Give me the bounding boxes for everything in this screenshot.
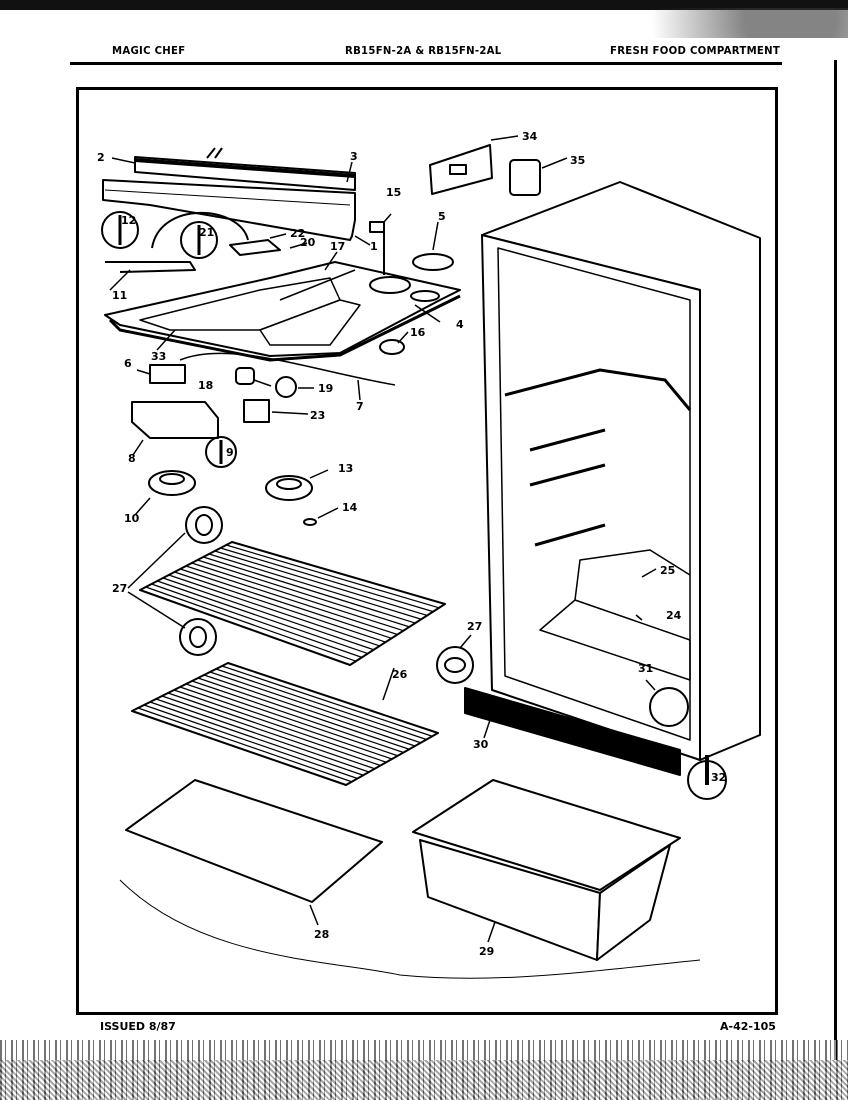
grommet bbox=[380, 340, 404, 354]
wire-shelf-upper bbox=[140, 542, 445, 665]
callout-1: 1 bbox=[370, 240, 378, 253]
callout-28: 28 bbox=[314, 928, 329, 941]
callout-30: 30 bbox=[473, 738, 489, 751]
clip-5 bbox=[413, 254, 453, 270]
callout-17: 17 bbox=[330, 240, 345, 253]
light-shield-part bbox=[103, 148, 355, 240]
callout-9: 9 bbox=[226, 446, 234, 459]
callout-12: 12 bbox=[121, 214, 136, 227]
damper-control bbox=[370, 222, 410, 293]
callout-8: 8 bbox=[128, 452, 136, 465]
callout-32: 32 bbox=[711, 771, 726, 784]
callout-23: 23 bbox=[310, 409, 325, 422]
callout-35: 35 bbox=[570, 154, 585, 167]
callout-31: 31 bbox=[638, 662, 653, 675]
refrigerator-cabinet bbox=[482, 182, 760, 760]
callout-7: 7 bbox=[356, 400, 364, 413]
callout-21: 21 bbox=[199, 226, 214, 239]
callout-27: 27 bbox=[112, 582, 127, 595]
callout-27-right: 27 bbox=[467, 620, 482, 633]
callout-5: 5 bbox=[438, 210, 446, 223]
exploded-parts-diagram: 1234567891011121314151617181920212223242… bbox=[0, 0, 848, 1100]
callout-14: 14 bbox=[342, 501, 358, 514]
callout-26: 26 bbox=[392, 668, 408, 681]
scan-noise-bottom-2 bbox=[0, 1060, 848, 1100]
callout-34: 34 bbox=[522, 130, 538, 143]
control-housing-plate bbox=[105, 262, 460, 360]
callout-15: 15 bbox=[386, 186, 401, 199]
callout-22: 22 bbox=[290, 227, 305, 240]
callout-13: 13 bbox=[338, 462, 353, 475]
callout-16: 16 bbox=[410, 326, 426, 339]
callout-19: 19 bbox=[318, 382, 333, 395]
callout-33: 33 bbox=[151, 350, 166, 363]
callout-29: 29 bbox=[479, 945, 494, 958]
callout-6: 6 bbox=[124, 357, 132, 370]
footer-page-code: A-42-105 bbox=[720, 1020, 776, 1033]
crisper-cover-glass bbox=[126, 780, 382, 902]
callout-18: 18 bbox=[198, 379, 213, 392]
footer-issued: ISSUED 8/87 bbox=[100, 1020, 176, 1033]
callout-24: 24 bbox=[666, 609, 682, 622]
callout-2: 2 bbox=[97, 151, 105, 164]
callout-25: 25 bbox=[660, 564, 675, 577]
callout-10: 10 bbox=[124, 512, 140, 525]
callout-3: 3 bbox=[350, 150, 358, 163]
callout-4: 4 bbox=[456, 318, 464, 331]
crisper-pan bbox=[413, 780, 680, 960]
callout-11: 11 bbox=[112, 289, 127, 302]
wire-shelf-lower bbox=[132, 663, 438, 785]
